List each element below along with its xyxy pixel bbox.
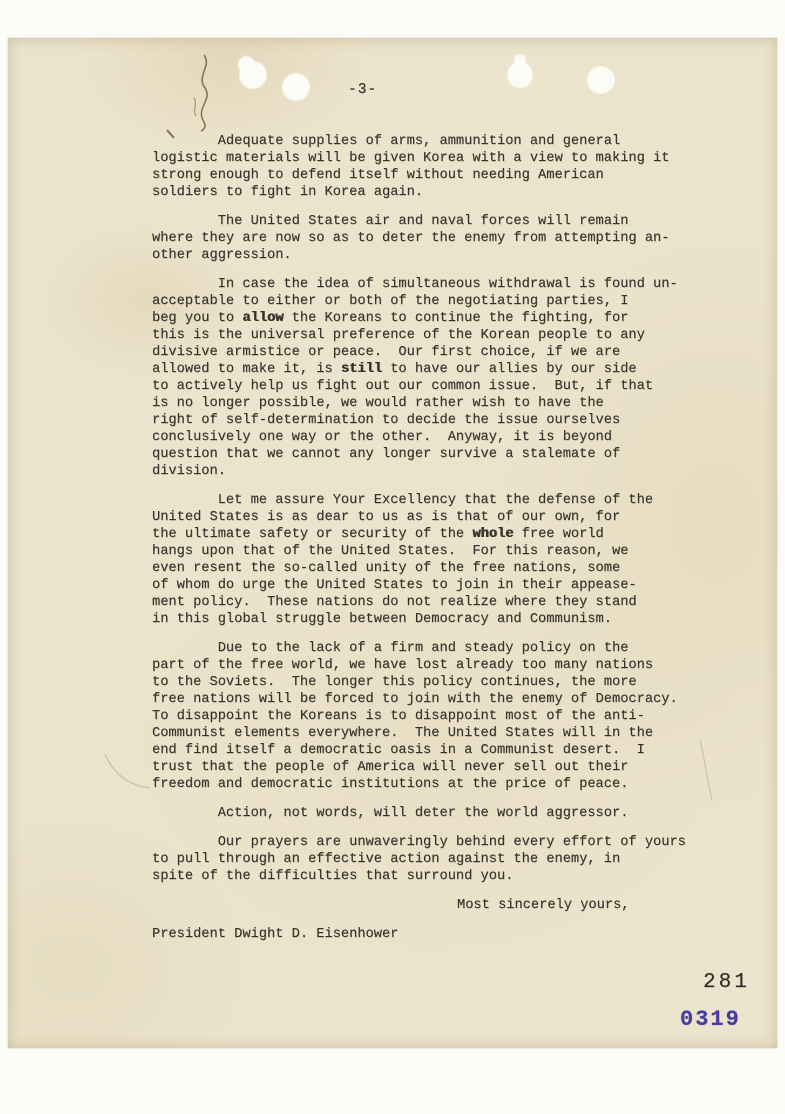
scan-background: { "letter": { "page_number": "-3-", "par…: [0, 0, 785, 1114]
paragraph: Due to the lack of a firm and steady pol…: [152, 640, 697, 793]
paragraph: Action, not words, will deter the world …: [152, 805, 697, 822]
punch-hole: [515, 55, 525, 67]
pen-squiggle: [194, 98, 196, 116]
punch-hole: [283, 74, 309, 100]
signature-line: President Dwight D. Eisenhower: [152, 926, 697, 943]
paragraph: Let me assure Your Excellency that the d…: [152, 492, 697, 628]
page-number: -3-: [348, 82, 408, 98]
closing-line: Most sincerely yours,: [457, 897, 697, 914]
pen-squiggle: [201, 55, 207, 131]
punch-hole: [239, 57, 254, 72]
paragraph: Our prayers are unwaveringly behind ever…: [152, 834, 697, 885]
paragraph: Adequate supplies of arms, ammunition an…: [152, 133, 697, 201]
crease-mark: [700, 740, 712, 800]
letter-body-paragraphs: Adequate supplies of arms, ammunition an…: [152, 133, 697, 885]
punch-hole: [588, 67, 614, 93]
crease-mark: [105, 754, 150, 788]
paragraph: In case the idea of simultaneous withdra…: [152, 276, 697, 480]
letter-page: -3- Adequate supplies of arms, ammunitio…: [8, 38, 777, 1048]
page-stamp-number: 281: [703, 971, 750, 994]
letter-body: Adequate supplies of arms, ammunition an…: [152, 133, 697, 943]
paragraph: The United States air and naval forces w…: [152, 213, 697, 264]
archive-stamp-number: 0319: [680, 1007, 741, 1032]
